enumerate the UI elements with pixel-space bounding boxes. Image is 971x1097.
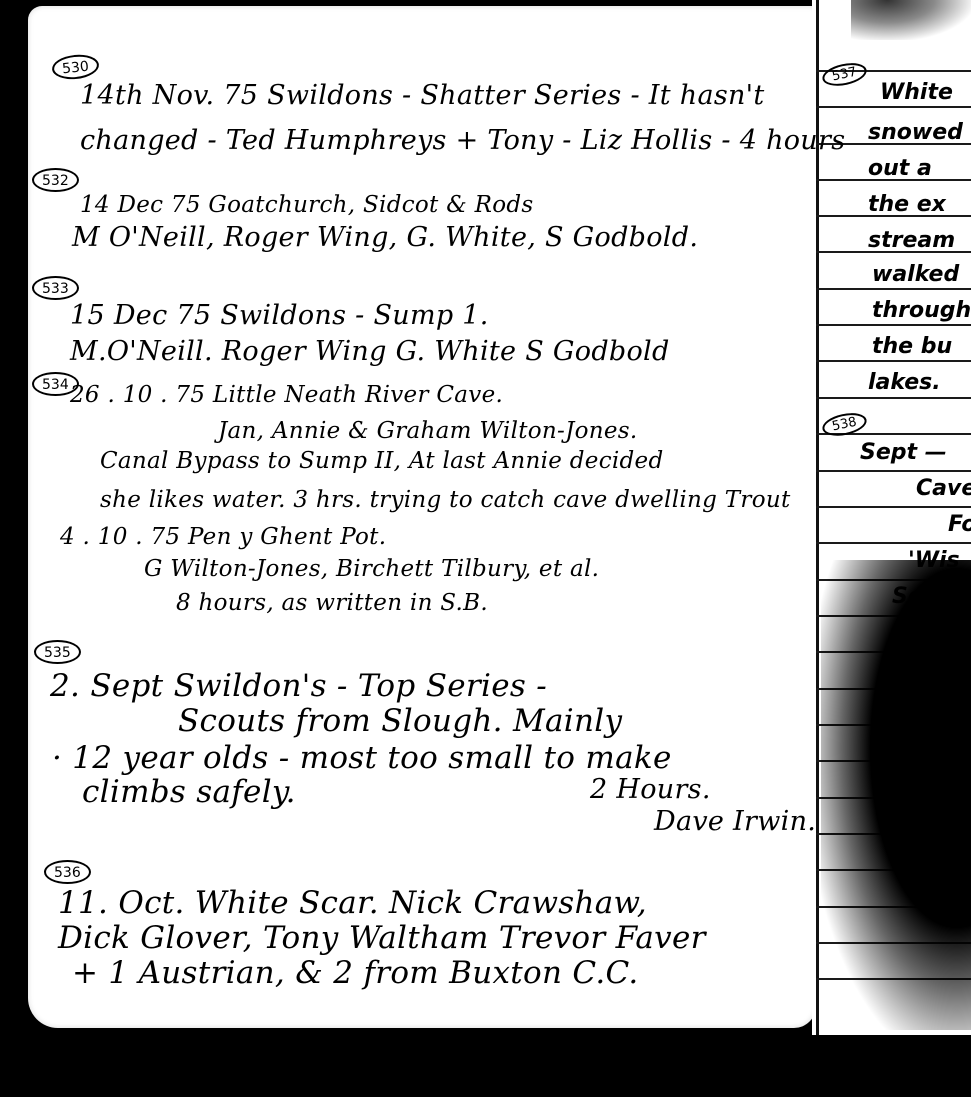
ruled-line xyxy=(816,288,971,290)
entry-line: 2 Hours. xyxy=(590,774,711,805)
entry-line: + 1 Austrian, & 2 from Buxton C.C. xyxy=(72,955,639,991)
entry-line: G Wilton-Jones, Birchett Tilbury, et al. xyxy=(144,556,599,582)
facing-text: Sept — xyxy=(860,440,947,465)
ruled-line xyxy=(816,397,971,399)
entry-line: M.O'Neill. Roger Wing G. White S Godbold xyxy=(70,336,670,367)
entry-number-badge: 533 xyxy=(32,276,79,300)
ruled-line xyxy=(816,106,971,108)
entry-line: changed - Ted Humphreys + Tony - Liz Hol… xyxy=(80,125,845,156)
signature: Dave Irwin. xyxy=(654,806,816,837)
entry-line: she likes water. 3 hrs. trying to catch … xyxy=(100,487,791,513)
entry-line: M O'Neill, Roger Wing, G. White, S Godbo… xyxy=(72,222,698,253)
ruled-line xyxy=(816,360,971,362)
entry-line: 14th Nov. 75 Swildons - Shatter Series -… xyxy=(80,80,765,111)
facing-text: White xyxy=(880,80,953,105)
entry-line: 26 . 10 . 75 Little Neath River Cave. xyxy=(70,382,503,408)
entry-number-badge: 537 xyxy=(820,60,868,90)
facing-text: snowed xyxy=(868,120,963,145)
ruled-line xyxy=(816,324,971,326)
facing-text: stream xyxy=(868,228,955,253)
entry-line: 2. Sept Swildon's - Top Series - xyxy=(50,668,547,704)
logbook-left-page xyxy=(28,6,816,1028)
facing-text: Cave xyxy=(916,476,971,501)
entry-line: Dick Glover, Tony Waltham Trevor Faver xyxy=(58,920,706,956)
entry-line: Jan, Annie & Graham Wilton-Jones. xyxy=(218,418,638,444)
facing-text: lakes. xyxy=(868,370,941,395)
entry-line: 4 . 10 . 75 Pen y Ghent Pot. xyxy=(60,524,386,550)
facing-text: out a xyxy=(868,156,932,181)
facing-text: through xyxy=(872,298,971,323)
entry-number-badge: 535 xyxy=(34,640,81,664)
ruled-line xyxy=(816,470,971,472)
facing-text: the bu xyxy=(872,334,952,359)
entry-line: 15 Dec 75 Swildons - Sump 1. xyxy=(70,300,489,331)
entry-line: climbs safely. xyxy=(82,774,296,810)
scan-shadow xyxy=(851,0,971,40)
entry-line: 14 Dec 75 Goatchurch, Sidcot & Rods xyxy=(80,192,534,218)
entry-line: · 12 year olds - most too small to make xyxy=(52,740,672,776)
facing-text: Fo xyxy=(948,512,971,537)
entry-line: Scouts from Slough. Mainly xyxy=(178,703,622,739)
facing-text: the ex xyxy=(868,192,946,217)
entry-number-badge: 532 xyxy=(32,168,79,192)
ruled-line xyxy=(816,542,971,544)
facing-text: walked xyxy=(872,262,959,287)
ruled-line xyxy=(816,506,971,508)
entry-line: 11. Oct. White Scar. Nick Crawshaw, xyxy=(58,885,647,921)
entry-number-badge: 536 xyxy=(44,860,91,884)
scan-shadow xyxy=(821,560,971,1030)
entry-line: Canal Bypass to Sump II, At last Annie d… xyxy=(100,448,664,474)
entry-line: 8 hours, as written in S.B. xyxy=(176,590,488,616)
